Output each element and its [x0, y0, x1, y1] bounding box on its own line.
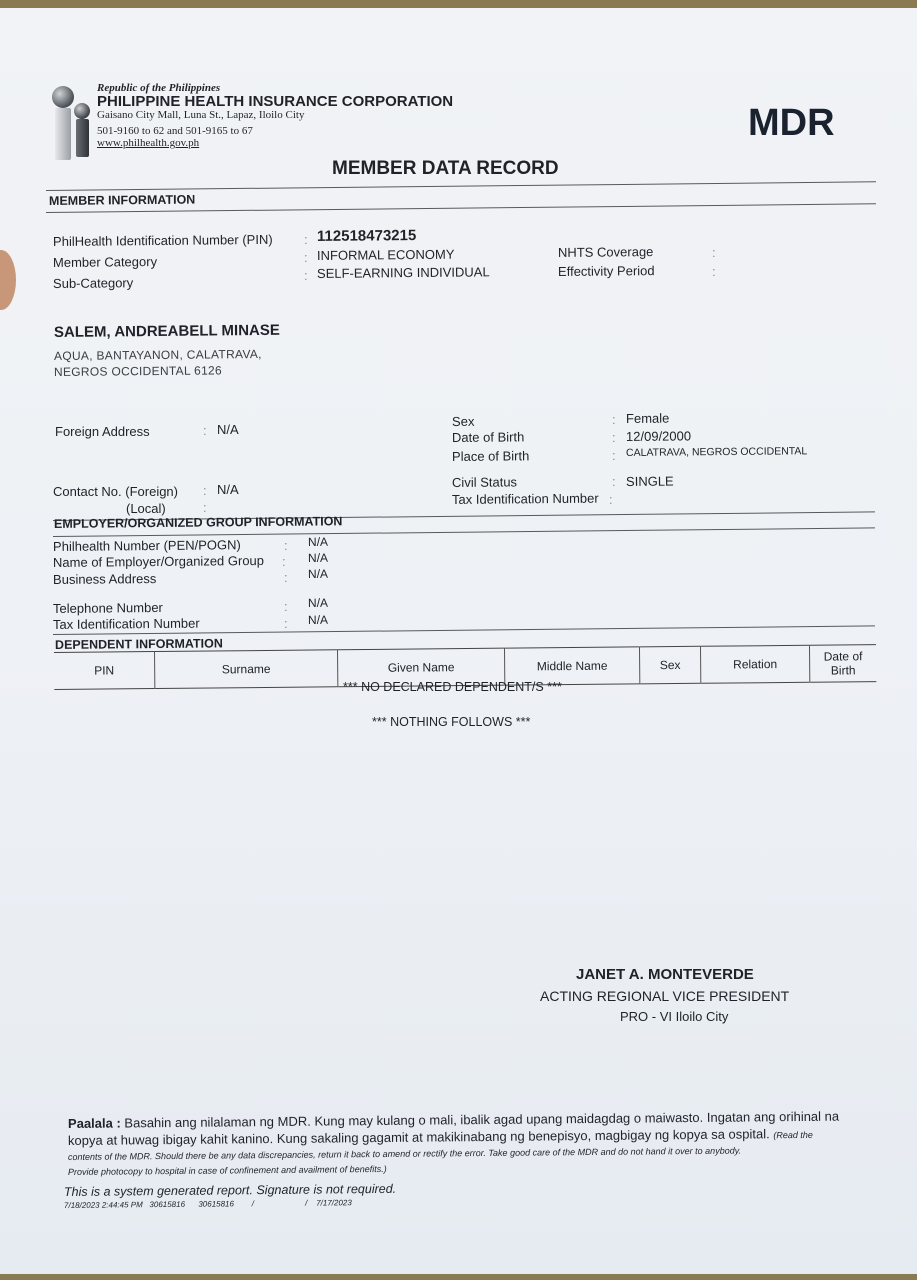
colon: :: [304, 232, 308, 247]
signatory-title: ACTING REGIONAL VICE PRESIDENT: [540, 988, 789, 1004]
column-date-of-birth: Date of Birth: [809, 645, 876, 683]
employer-name-label: Name of Employer/Organized Group: [53, 553, 264, 570]
business-address-label: Business Address: [53, 571, 156, 587]
colon: :: [612, 474, 616, 489]
colon: :: [203, 500, 207, 515]
colon: :: [304, 250, 308, 265]
foreign-address-value: N/A: [217, 422, 239, 437]
member-name: SALEM, ANDREABELL MINASE: [54, 322, 280, 341]
member-category-value: INFORMAL ECONOMY: [317, 247, 455, 263]
contact-local-label: (Local): [126, 501, 166, 516]
civil-status-value: SINGLE: [626, 474, 674, 489]
contact-foreign-value: N/A: [217, 482, 239, 497]
employer-tin-value: N/A: [308, 613, 328, 627]
philhealth-logo-icon: [52, 86, 94, 162]
no-dependents-message: *** NO DECLARED DEPENDENT/S ***: [343, 680, 562, 694]
section-employer-information: EMPLOYER/ORGANIZED GROUP INFORMATION: [54, 514, 343, 531]
sub-category-value: SELF-EARNING INDIVIDUAL: [317, 264, 490, 281]
pob-label: Place of Birth: [452, 448, 529, 464]
corporation-phones: 501-9160 to 62 and 501-9165 to 67: [97, 125, 253, 137]
employer-tin-label: Tax Identification Number: [53, 616, 200, 632]
report-id2: 30615816: [198, 1199, 234, 1208]
corporation-website[interactable]: www.philhealth.gov.ph: [97, 137, 199, 149]
sub-category-label: Sub-Category: [53, 275, 133, 291]
telephone-label: Telephone Number: [53, 600, 163, 616]
signatory-office: PRO - VI Iloilo City: [620, 1009, 728, 1024]
corporation-address: Gaisano City Mall, Luna St., Lapaz, Iloi…: [97, 109, 304, 121]
employer-pen-label: Philhealth Number (PEN/POGN): [53, 537, 241, 554]
member-category-label: Member Category: [53, 254, 157, 270]
colon: :: [612, 430, 616, 445]
civil-status-label: Civil Status: [452, 474, 517, 490]
colon: :: [284, 538, 288, 553]
report-id1: 30615816: [149, 1200, 185, 1209]
colon: :: [609, 492, 613, 507]
sex-label: Sex: [452, 414, 475, 429]
report-sep2: /: [305, 1199, 307, 1208]
column-pin: PIN: [54, 652, 155, 690]
colon: :: [284, 616, 288, 631]
reminder-english-line2: Provide photocopy to hospital in case of…: [68, 1162, 387, 1180]
form-code: MDR: [748, 102, 835, 145]
employer-name-value: N/A: [308, 551, 328, 565]
member-address-line2: NEGROS OCCIDENTAL 6126: [54, 362, 222, 381]
report-datetime: 7/18/2023 2:44:45 PM: [64, 1200, 143, 1210]
effectivity-period-label: Effectivity Period: [558, 263, 655, 279]
corporation-name: PHILIPPINE HEALTH INSURANCE CORPORATION: [97, 93, 453, 110]
colon: :: [284, 570, 288, 585]
foreign-address-label: Foreign Address: [55, 424, 150, 439]
nothing-follows-message: *** NOTHING FOLLOWS ***: [372, 715, 530, 729]
column-relation: Relation: [700, 645, 809, 683]
colon: :: [712, 264, 716, 279]
section-member-information: MEMBER INFORMATION: [49, 193, 195, 208]
colon: :: [304, 268, 308, 283]
colon: :: [284, 599, 288, 614]
document-title: MEMBER DATA RECORD: [332, 158, 559, 180]
colon: :: [612, 448, 616, 463]
dob-value: 12/09/2000: [626, 428, 691, 444]
dob-label: Date of Birth: [452, 429, 524, 445]
column-sex: Sex: [639, 646, 700, 684]
column-surname: Surname: [155, 650, 338, 689]
employer-pen-value: N/A: [308, 535, 328, 549]
report-sep1: /: [252, 1199, 254, 1208]
colon: :: [612, 412, 616, 427]
report-date2: 7/17/2023: [316, 1198, 352, 1207]
signatory-name: JANET A. MONTEVERDE: [576, 966, 754, 983]
pin-value: 112518473215: [317, 227, 416, 245]
contact-foreign-label: Contact No. (Foreign): [53, 484, 178, 499]
tin-label: Tax Identification Number: [452, 491, 599, 507]
colon: :: [712, 245, 716, 260]
colon: :: [203, 483, 207, 498]
colon: :: [203, 423, 207, 438]
business-address-value: N/A: [308, 567, 328, 581]
sex-value: Female: [626, 411, 670, 426]
pin-label: PhilHealth Identification Number (PIN): [53, 232, 273, 249]
telephone-value: N/A: [308, 596, 328, 610]
reminder-label: Paalala :: [68, 1115, 121, 1131]
colon: :: [282, 554, 286, 569]
nhts-coverage-label: NHTS Coverage: [558, 244, 654, 260]
reminder-english-start: (Read the: [773, 1130, 813, 1140]
pob-value: CALATRAVA, NEGROS OCCIDENTAL: [626, 445, 807, 459]
